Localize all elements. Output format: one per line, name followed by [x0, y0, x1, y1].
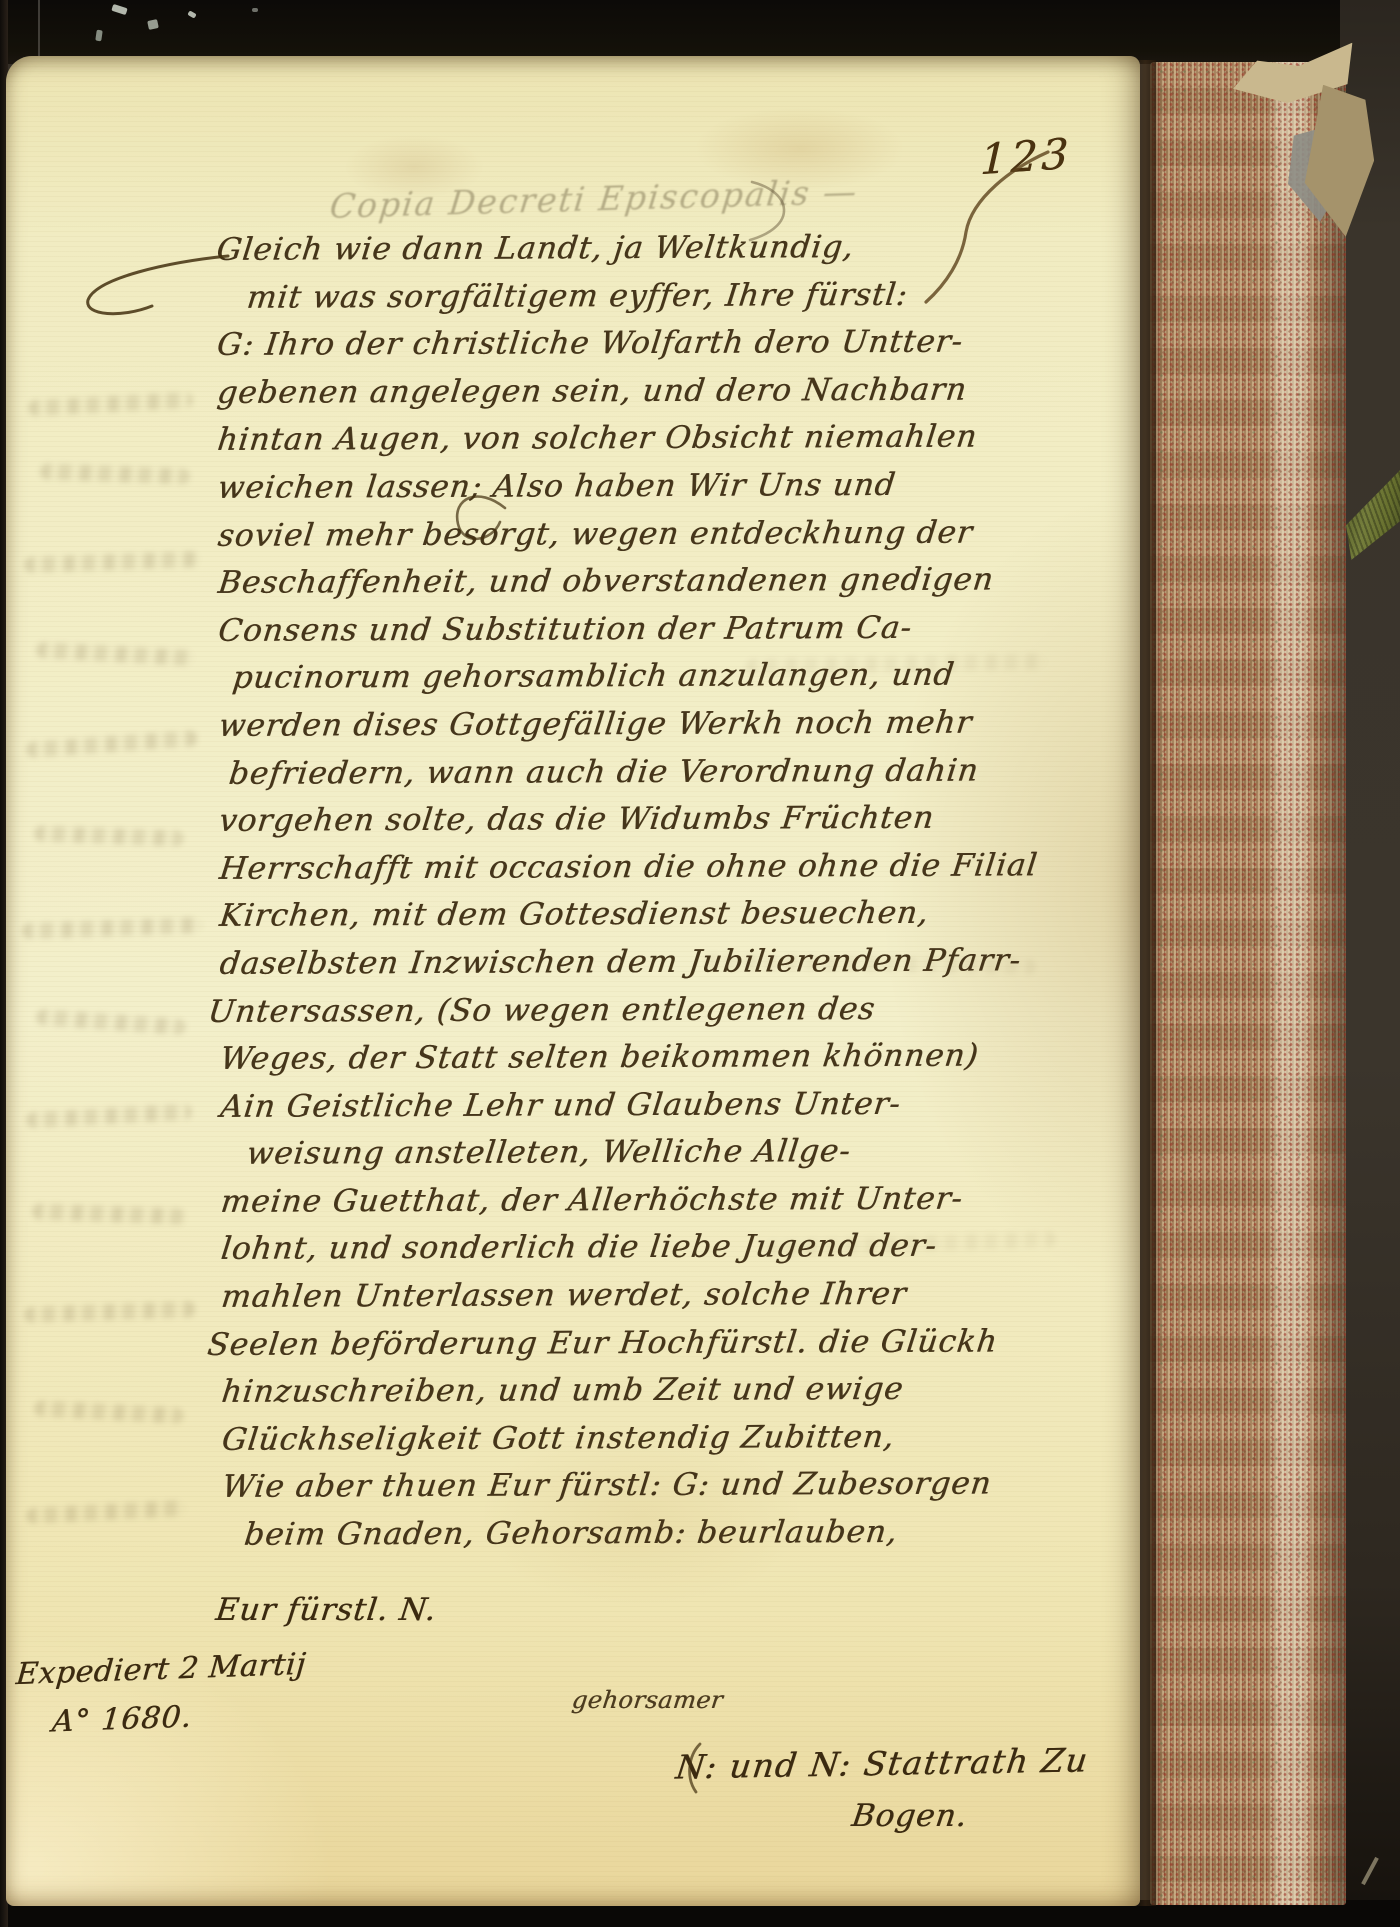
manuscript-line: Ain Geistliche Lehr und Glaubens Unter- [217, 1085, 1103, 1136]
tape-fragment [252, 8, 258, 12]
manuscript-line: Glückhseligkeit Gott instendig Zubitten, [218, 1418, 1104, 1469]
bleed-through-smudge [22, 917, 202, 939]
manuscript-line: Herrschafft mit occasion die ohne ohne d… [216, 847, 1102, 898]
manuscript-line: Wie aber thuen Eur fürstl: G: und Zubeso… [219, 1465, 1105, 1516]
bleed-through-smudge [34, 1400, 185, 1424]
bleed-through-smudge [24, 551, 200, 573]
manuscript-line: Consens und Substitution der Patrum Ca- [215, 609, 1101, 660]
bleed-through-smudge [26, 1500, 187, 1524]
manuscript-line: Seelen beförderung Eur Hochfürstl. die G… [204, 1323, 1104, 1375]
manuscript-line: gebenen angelegen sein, und dero Nachbar… [214, 371, 1100, 422]
bleed-through-smudge [36, 1009, 187, 1035]
docket-year-line: A° 1680. [51, 1699, 194, 1739]
manuscript-line: hinzuschreiben, und umb Zeit und ewige [218, 1370, 1104, 1421]
manuscript-line: Beschaffenheit, und obverstandenen gnedi… [215, 561, 1101, 612]
manuscript-line: Kirchen, mit dem Gottesdienst besuechen, [216, 894, 1102, 945]
manuscript-line: daselbsten Inzwischen dem Jubilierenden … [216, 942, 1102, 993]
manuscript-line: Weges, der Statt selten beikommen khönne… [217, 1037, 1103, 1088]
bleed-through-smudge [40, 463, 190, 484]
salutation-line: gehorsamer [570, 1686, 724, 1714]
page-number: 123 [979, 129, 1073, 185]
manuscript-line: soviel mehr besorgt, wegen entdeckhung d… [215, 514, 1101, 565]
bleed-through-smudge [34, 825, 184, 846]
manuscript-line: mahlen Unterlassen werdet, solche Ihrer [218, 1275, 1104, 1326]
manuscript-line: Gleich wie dann Landt, ja Weltkundig, [213, 228, 1099, 279]
bleed-through-smudge [24, 1301, 196, 1323]
book-fore-edge [1150, 62, 1346, 1905]
manuscript-scan: Copia Decreti Episcopalis — 123 Gleich w… [0, 0, 1400, 1927]
manuscript-line: Untersassen, (So wegen entlegenen des [205, 990, 1103, 1042]
scan-background-right [1340, 0, 1400, 1927]
manuscript-line: weisung anstelleten, Welliche Allge- [243, 1132, 1103, 1183]
bleed-through-smudge [26, 730, 199, 758]
manuscript-line: vorgehen solte, das die Widumbs Früchten [216, 799, 1102, 850]
manuscript-line: meine Guetthat, der Allerhöchste mit Unt… [217, 1180, 1103, 1231]
background-seam [38, 0, 40, 58]
bleed-through-smudge [32, 1203, 186, 1224]
bleed-through-smudge [26, 1104, 193, 1129]
manuscript-line: lohnt, und sonderlich die liebe Jugend d… [218, 1228, 1104, 1279]
closing-line: Eur fürstl. N. [214, 1592, 439, 1628]
signature-place: Bogen. [849, 1798, 970, 1834]
manuscript-line: mit was sorgfältigem eyffer, Ihre fürstl… [244, 276, 1100, 327]
manuscript-line: pucinorum gehorsamblich anzulangen, und [229, 656, 1101, 707]
scan-background-top [0, 0, 1400, 64]
manuscript-line: hintan Augen, von solcher Obsicht niemah… [214, 418, 1100, 469]
manuscript-line: befriedern, wann auch die Verordnung dah… [226, 752, 1102, 803]
manuscript-text-block: Gleich wie dann Landt, ja Weltkundig, mi… [213, 228, 1099, 1564]
bleed-through-smudge [28, 392, 194, 417]
manuscript-line: werden dises Gottgefällige Werkh noch me… [215, 704, 1101, 755]
manuscript-line: weichen lassen; Also haben Wir Uns und [214, 466, 1100, 517]
bleed-through-smudge [36, 642, 195, 666]
manuscript-line: G: Ihro der christliche Wolfarth dero Un… [214, 323, 1100, 374]
signature-line: N: und N: Stattrath Zu [674, 1740, 1091, 1786]
manuscript-line: beim Gnaden, Gehorsamb: beurlauben, [241, 1513, 1105, 1564]
